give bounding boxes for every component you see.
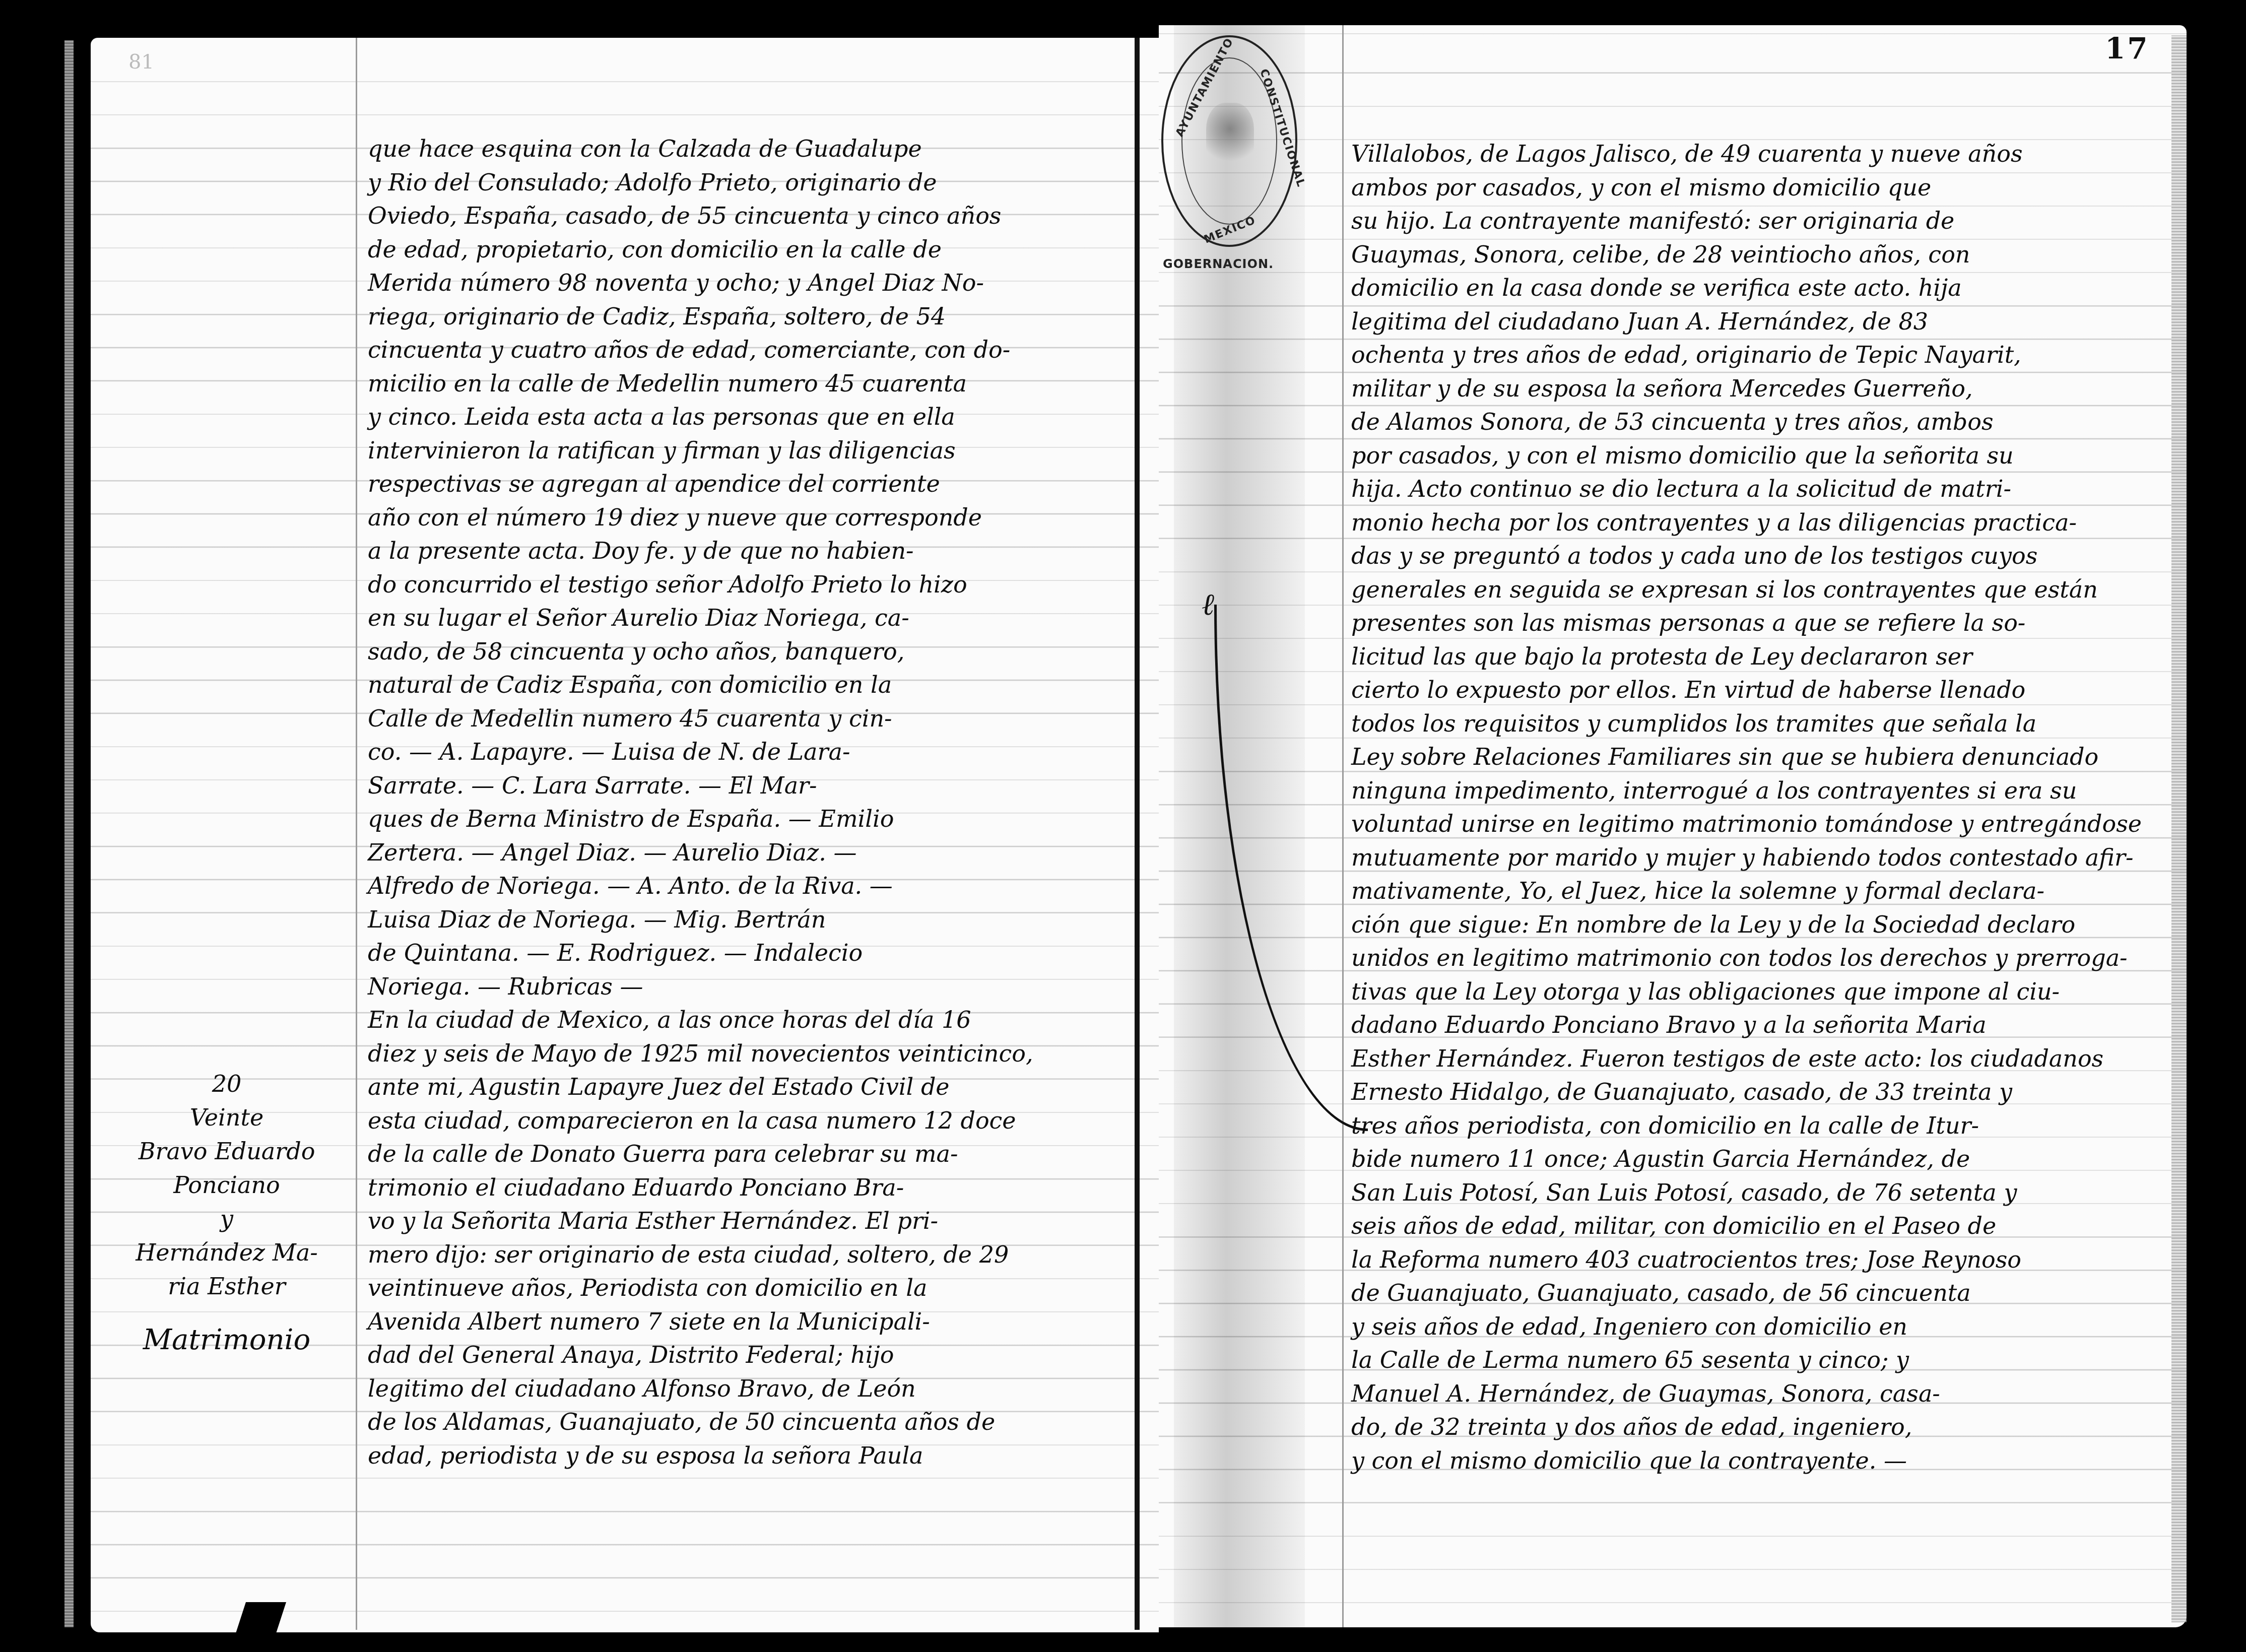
left-page-edge <box>64 40 74 1627</box>
handwritten-line: de Alamos Sonora, de 53 cincuenta y tres… <box>1351 405 2162 439</box>
right-page-edge <box>2171 35 2187 1622</box>
handwritten-line: do concurrido el testigo señor Adolfo Pr… <box>368 568 1129 602</box>
handwritten-line: tivas que la Ley otorga y las obligacion… <box>1351 975 2162 1009</box>
ayuntamiento-seal: AYUNTAMIENTO CONSTITUCIONAL MEXICO <box>1161 35 1297 247</box>
faded-corner-mark: 81 <box>128 50 154 74</box>
handwritten-line: que hace esquina con la Calzada de Guada… <box>368 132 1129 166</box>
entry-number: 20 <box>101 1067 353 1101</box>
handwritten-line: mero dijo: ser originario de esta ciudad… <box>368 1238 1129 1272</box>
handwritten-line: Luisa Diaz de Noriega. — Mig. Bertrán <box>368 903 1129 937</box>
handwritten-line: Esther Hernández. Fueron testigos de est… <box>1351 1042 2162 1076</box>
margin-annotation: 20 Veinte Bravo Eduardo Ponciano y Herná… <box>101 1067 353 1357</box>
handwritten-line: Merida número 98 noventa y ocho; y Angel… <box>368 266 1129 300</box>
handwritten-line: Sarrate. — C. Lara Sarrate. — El Mar- <box>368 769 1129 803</box>
spacer <box>101 1303 353 1324</box>
groom-name: Ponciano <box>101 1168 353 1202</box>
left-page-body: que hace esquina con la Calzada de Guada… <box>368 132 1129 1472</box>
handwritten-line: militar y de su esposa la señora Mercede… <box>1351 372 2162 406</box>
handwritten-line: legitimo del ciudadano Alfonso Bravo, de… <box>368 1372 1129 1406</box>
handwritten-line: Alfredo de Noriega. — A. Anto. de la Riv… <box>368 869 1129 903</box>
handwritten-line: mutuamente por marido y mujer y habiendo… <box>1351 841 2162 875</box>
handwritten-line: de Guanajuato, Guanajuato, casado, de 56… <box>1351 1276 2162 1310</box>
handwritten-line: año con el número 19 diez y nueve que co… <box>368 501 1129 535</box>
handwritten-line: de la calle de Donato Guerra para celebr… <box>368 1137 1129 1171</box>
handwritten-line: Villalobos, de Lagos Jalisco, de 49 cuar… <box>1351 137 2162 171</box>
handwritten-line: Avenida Albert numero 7 siete en la Muni… <box>368 1305 1129 1339</box>
handwritten-line: ochenta y tres años de edad, originario … <box>1351 338 2162 372</box>
handwritten-line: do, de 32 treinta y dos años de edad, in… <box>1351 1410 2162 1444</box>
binding-line <box>1135 38 1140 1630</box>
handwritten-line: y seis años de edad, Ingeniero con domic… <box>1351 1310 2162 1344</box>
handwritten-line: Ley sobre Relaciones Familiares sin que … <box>1351 740 2162 774</box>
handwritten-line: generales en seguida se expresan si los … <box>1351 573 2162 607</box>
handwritten-line: mativamente, Yo, el Juez, hice la solemn… <box>1351 874 2162 908</box>
handwritten-line: natural de Cadiz España, con domicilio e… <box>368 668 1129 702</box>
handwritten-line: veintinueve años, Periodista con domicil… <box>368 1271 1129 1305</box>
handwritten-line: ción que sigue: En nombre de la Ley y de… <box>1351 908 2162 942</box>
handwritten-line: en su lugar el Señor Aurelio Diaz Norieg… <box>368 601 1129 635</box>
handwritten-line: diez y seis de Mayo de 1925 mil novecien… <box>368 1037 1129 1071</box>
handwritten-line: voluntad unirse en legitimo matrimonio t… <box>1351 807 2162 841</box>
handwritten-line: seis años de edad, militar, con domicili… <box>1351 1209 2162 1243</box>
record-type: Matrimonio <box>101 1324 353 1357</box>
handwritten-line: legitima del ciudadano Juan A. Hernández… <box>1351 305 2162 339</box>
handwritten-line: por casados, y con el mismo domicilio qu… <box>1351 439 2162 473</box>
handwritten-line: edad, periodista y de su esposa la señor… <box>368 1439 1129 1473</box>
left-margin-rule <box>356 38 357 1630</box>
groom-surname: Bravo Eduardo <box>101 1135 353 1168</box>
handwritten-line: dad del General Anaya, Distrito Federal;… <box>368 1338 1129 1372</box>
handwritten-line: cierto lo expuesto por ellos. En virtud … <box>1351 673 2162 707</box>
handwritten-line: co. — A. Lapayre. — Luisa de N. de Lara- <box>368 735 1129 769</box>
handwritten-line: intervinieron la ratifican y firman y la… <box>368 434 1129 468</box>
conjunction: y <box>101 1202 353 1236</box>
handwritten-line: y con el mismo domicilio que la contraye… <box>1351 1444 2162 1478</box>
bride-name: ria Esther <box>101 1270 353 1303</box>
handwritten-line: la Calle de Lerma numero 65 sesenta y ci… <box>1351 1343 2162 1377</box>
handwritten-line: y cinco. Leida esta acta a las personas … <box>368 400 1129 434</box>
handwritten-line: Oviedo, España, casado, de 55 cincuenta … <box>368 199 1129 233</box>
handwritten-line: tres años periodista, con domicilio en l… <box>1351 1109 2162 1143</box>
handwritten-line: Noriega. — Rubricas — <box>368 970 1129 1004</box>
handwritten-line: domicilio en la casa donde se verifica e… <box>1351 271 2162 305</box>
handwritten-line: bide numero 11 once; Agustin Garcia Hern… <box>1351 1142 2162 1176</box>
handwritten-line: San Luis Potosí, San Luis Potosí, casado… <box>1351 1176 2162 1210</box>
handwritten-line: riega, originario de Cadiz, España, solt… <box>368 300 1129 334</box>
handwritten-line: ninguna impedimento, interrogué a los co… <box>1351 774 2162 808</box>
flourish-loop-icon: ℓ <box>1202 587 1214 622</box>
handwritten-line: de Quintana. — E. Rodriguez. — Indalecio <box>368 936 1129 970</box>
handwritten-line: monio hecha por los contrayentes y a las… <box>1351 506 2162 540</box>
handwritten-line: micilio en la calle de Medellin numero 4… <box>368 367 1129 401</box>
handwritten-line: En la ciudad de Mexico, a las once horas… <box>368 1003 1129 1037</box>
handwritten-line: de edad, propietario, con domicilio en l… <box>368 233 1129 267</box>
handwritten-line: su hijo. La contrayente manifestó: ser o… <box>1351 204 2162 238</box>
handwritten-line: Zertera. — Angel Diaz. — Aurelio Diaz. — <box>368 836 1129 870</box>
handwritten-line: presentes son las mismas personas a que … <box>1351 606 2162 640</box>
seal-caption: GOBERNACION. <box>1163 257 1274 271</box>
handwritten-line: todos los requisitos y cumplidos los tra… <box>1351 707 2162 741</box>
handwritten-line: Ernesto Hidalgo, de Guanajuato, casado, … <box>1351 1075 2162 1109</box>
handwritten-line: respectivas se agregan al apendice del c… <box>368 467 1129 501</box>
eagle-emblem-icon <box>1206 103 1254 168</box>
right-page-body: Villalobos, de Lagos Jalisco, de 49 cuar… <box>1351 137 2162 1477</box>
handwritten-line: unidos en legitimo matrimonio con todos … <box>1351 941 2162 975</box>
handwritten-line: ante mi, Agustin Lapayre Juez del Estado… <box>368 1070 1129 1104</box>
handwritten-line: y Rio del Consulado; Adolfo Prieto, orig… <box>368 166 1129 200</box>
bride-surname: Hernández Ma- <box>101 1236 353 1270</box>
handwritten-line: das y se preguntó a todos y cada uno de … <box>1351 539 2162 573</box>
handwritten-line: licitud las que bajo la protesta de Ley … <box>1351 640 2162 674</box>
handwritten-line: ques de Berna Ministro de España. — Emil… <box>368 802 1129 836</box>
handwritten-line: a la presente acta. Doy fe. y de que no … <box>368 534 1129 568</box>
handwritten-line: ambos por casados, y con el mismo domici… <box>1351 171 2162 205</box>
handwritten-line: dadano Eduardo Ponciano Bravo y a la señ… <box>1351 1008 2162 1042</box>
handwritten-line: hija. Acto continuo se dio lectura a la … <box>1351 472 2162 506</box>
handwritten-line: vo y la Señorita Maria Esther Hernández.… <box>368 1204 1129 1238</box>
handwritten-line: cincuenta y cuatro años de edad, comerci… <box>368 333 1129 367</box>
entry-number-words: Veinte <box>101 1101 353 1135</box>
handwritten-line: trimonio el ciudadano Eduardo Ponciano B… <box>368 1171 1129 1205</box>
handwritten-line: Manuel A. Hernández, de Guaymas, Sonora,… <box>1351 1377 2162 1411</box>
handwritten-line: Guaymas, Sonora, celibe, de 28 veintioch… <box>1351 238 2162 272</box>
page-number: 17 <box>2105 31 2150 65</box>
handwritten-line: la Reforma numero 403 cuatrocientos tres… <box>1351 1243 2162 1277</box>
handwritten-line: esta ciudad, comparecieron en la casa nu… <box>368 1104 1129 1138</box>
handwritten-line: Calle de Medellin numero 45 cuarenta y c… <box>368 702 1129 736</box>
handwritten-line: de los Aldamas, Guanajuato, de 50 cincue… <box>368 1405 1129 1439</box>
handwritten-line: sado, de 58 cincuenta y ocho años, banqu… <box>368 635 1129 669</box>
